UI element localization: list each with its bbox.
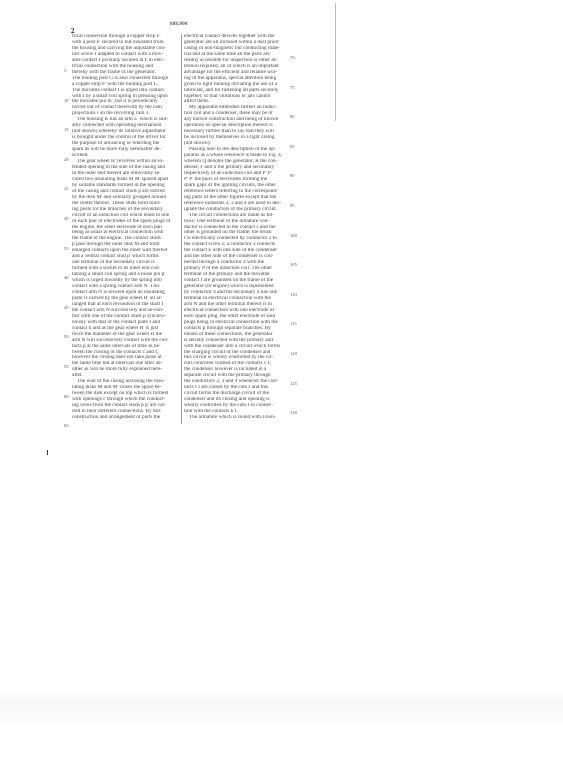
margin-line-number: 85: [290, 144, 295, 149]
margin-line-number: 90: [290, 173, 295, 178]
margin-line-number: 40: [64, 275, 69, 280]
margin-line-number: 130: [290, 410, 297, 415]
margin-line-number: 55: [64, 364, 69, 369]
margin-line-number: 35: [64, 246, 69, 251]
margin-line-number: 125: [290, 381, 297, 386]
column-divider: [181, 34, 182, 424]
margin-line-number: 80: [290, 114, 295, 119]
margin-line-number: 10: [64, 98, 69, 103]
margin-line-number: 15: [64, 127, 69, 132]
margin-line-number: 110: [290, 292, 297, 297]
margin-line-number: 45: [64, 305, 69, 310]
margin-line-number: 120: [290, 351, 297, 356]
margin-line-number: 5: [64, 68, 66, 73]
margin-line-number: 100: [290, 233, 297, 238]
margin-line-number: 95: [290, 203, 295, 208]
margin-line-number: 30: [64, 216, 69, 221]
margin-line-number: 50: [64, 334, 69, 339]
margin-line-number: 65: [64, 423, 69, 428]
scan-artifact-mark: [47, 450, 48, 455]
margin-line-number: 115: [290, 321, 297, 326]
margin-line-number: 105: [290, 262, 297, 267]
left-text-column: trical connection through a copper strip…: [72, 34, 179, 421]
scan-shadow: [0, 688, 563, 728]
patent-number: 888,000: [170, 22, 188, 27]
margin-line-number: 75: [290, 85, 295, 90]
margin-line-number: 70: [290, 55, 295, 60]
right-text-column: electrical contact devices together with…: [184, 34, 288, 421]
text-line: The armature which is round with a non-: [184, 415, 288, 421]
margin-line-number: 60: [64, 394, 69, 399]
margin-line-number: 25: [64, 186, 69, 191]
text-line: construction and arrangement of parts th…: [72, 415, 179, 421]
margin-line-number: 20: [64, 157, 69, 162]
scan-artifact-line: [335, 3, 336, 121]
